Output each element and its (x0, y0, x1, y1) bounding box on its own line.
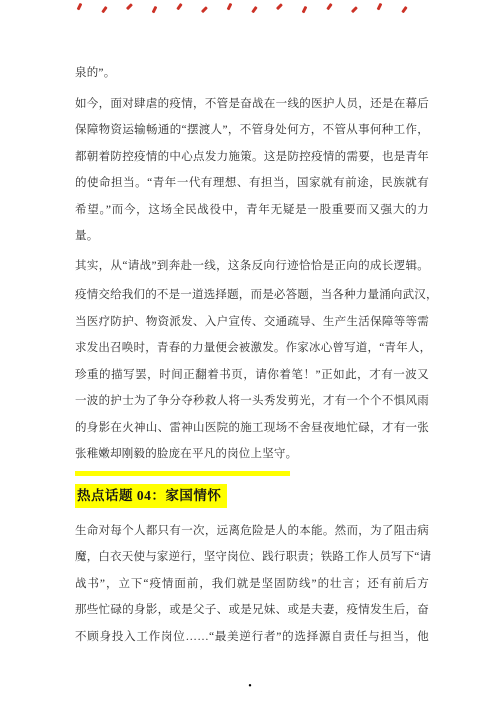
body-paragraphs-after-heading: 生命对每个人都只有一次，远离危险是人的本能。然而，为了阻击病魔，白衣天使与家逆行… (75, 518, 429, 651)
red-tick-mark (201, 6, 208, 13)
document-page: 泉的”。 如今，面对肆虐的疫情，不管是奋战在一线的医护人员，还是在幕后保障物资运… (0, 0, 500, 707)
text-line: 其实，从“请战”到奔赴一线，这条反向行迹恰恰是正向的成长逻辑。 (75, 253, 429, 280)
text-line: 当医疗防护、物资派发、入户宣传、交通疏导、生产生活保障等等需 (75, 309, 429, 336)
text-line: 张稚嫩却刚毅的脸庞在平凡的岗位上坚守。 (75, 441, 429, 468)
highlight-strip (75, 471, 290, 476)
red-tick-mark (251, 6, 257, 13)
red-tick-mark (227, 3, 232, 10)
red-tick-mark (351, 6, 358, 13)
text-line: 保障物资运输畅通的“摆渡人”，不管身处何方，不管从事何种工作， (75, 117, 429, 144)
red-tick-mark (276, 3, 283, 10)
text-line: 的使命担当。“青年一代有理想、有担当，国家就有前途，民族就有 (75, 170, 429, 197)
paragraph: 其实，从“请战”到奔赴一线，这条反向行迹恰恰是正向的成长逻辑。 (75, 253, 429, 280)
text-line: 珍重的描写罢，时间正翻着书页，请你着笔！”正如此，才有一波又 (75, 362, 429, 389)
text-line: 的身影在火神山、雷神山医院的施工现场不舍昼夜地忙碌，才有一张 (75, 415, 429, 442)
red-tick-mark (401, 6, 407, 13)
paragraph: 生命对每个人都只有一次，远离危险是人的本能。然而，为了阻击病魔，白衣天使与家逆行… (75, 518, 429, 651)
red-tick-row (0, 0, 500, 14)
body-paragraphs-before-heading: 如今，面对肆虐的疫情，不管是奋战在一线的医护人员，还是在幕后保障物资运输畅通的“… (75, 91, 429, 468)
text-line: 希望。”而今，这场全民战役中，青年无疑是一股重要而又强大的力 (75, 197, 429, 224)
text-line: 生命对每个人都只有一次，远离危险是人的本能。然而，为了阻击病 (75, 518, 429, 545)
page-footer-dot: • (0, 682, 500, 692)
text-line: 不顾身投入工作岗位……“最美逆行者”的选择源自责任与担当，他 (75, 624, 429, 651)
text-line: 那些忙碌的身影，或是父子、或是兄妹、或是夫妻，疫情发生后，奋 (75, 597, 429, 624)
text-line: 战书”，立下“疫情面前，我们就是坚固防线”的壮言；还有前后方 (75, 571, 429, 598)
topic-heading: 热点话题 04：家国情怀 (75, 484, 227, 508)
text-line: 都朝着防控疫情的中心点发力施策。这是防控疫情的需要，也是青年 (75, 144, 429, 171)
red-tick-mark (326, 3, 332, 10)
heading-row: 热点话题 04：家国情怀 (75, 484, 429, 508)
red-tick-mark (176, 3, 182, 10)
paragraph-fragment: 泉的”。 (75, 60, 429, 87)
paragraph: 疫情交给我们的不是一道选择题，而是必答题，当各种力量涌向武汉，当医疗防护、物资派… (75, 282, 429, 468)
red-tick-mark (302, 6, 307, 13)
red-tick-mark (101, 6, 107, 13)
text-line: 如今，面对肆虐的疫情，不管是奋战在一线的医护人员，还是在幕后 (75, 91, 429, 118)
text-column: 泉的”。 如今，面对肆虐的疫情，不管是奋战在一线的医护人员，还是在幕后保障物资运… (75, 60, 429, 653)
paragraph: 如今，面对肆虐的疫情，不管是奋战在一线的医护人员，还是在幕后保障物资运输畅通的“… (75, 91, 429, 250)
text-line: 一波的护士为了争分夺秒救人将一头秀发剪光，才有一个个不惧风雨 (75, 388, 429, 415)
text-line: 魔，白衣天使与家逆行，坚守岗位、践行职责；铁路工作人员写下“请 (75, 544, 429, 571)
text-line: 疫情交给我们的不是一道选择题，而是必答题，当各种力量涌向武汉， (75, 282, 429, 309)
red-tick-mark (377, 3, 382, 10)
text-line: 求发出召唤时，青春的力量便会被激发。作家冰心曾写道，“青年人， (75, 335, 429, 362)
text-line: 量。 (75, 223, 429, 250)
red-tick-mark (126, 3, 133, 10)
red-tick-mark (77, 3, 82, 10)
red-tick-mark (152, 6, 157, 13)
